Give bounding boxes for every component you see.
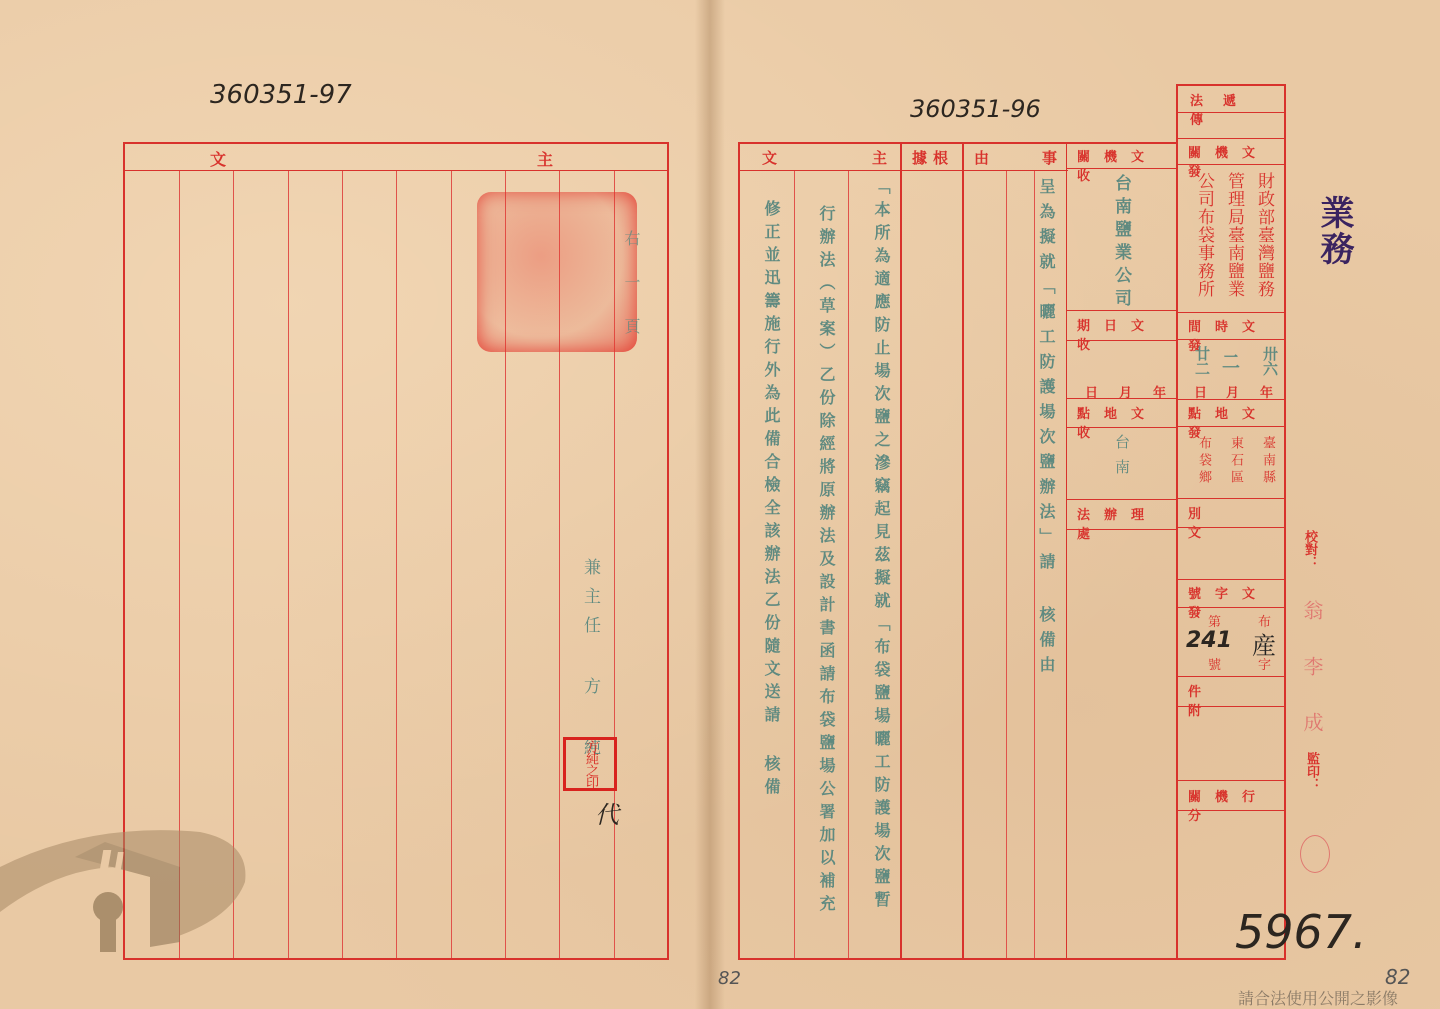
- row-rule: [1067, 529, 1177, 530]
- divider: [900, 144, 902, 958]
- send-place-line-2: 東石區: [1226, 436, 1245, 487]
- sender-line-1: 財政部臺灣鹽務: [1252, 172, 1277, 298]
- branch-header: 關機行分: [1188, 786, 1284, 824]
- doc-char-label: 字: [1258, 654, 1271, 673]
- row-rule: [1067, 168, 1177, 169]
- row-rule: [1178, 339, 1284, 340]
- receive-place-value: 台南: [1112, 434, 1133, 484]
- rule-line: [848, 171, 849, 958]
- row-rule: [1178, 706, 1284, 707]
- reason-text: 呈為擬就「曬工防護場次鹽辦法」請 核備由: [1035, 178, 1058, 698]
- recipient-value: 台南鹽業公司: [1109, 174, 1134, 312]
- sender-line-3: 公司布袋事務所: [1192, 172, 1217, 298]
- stamp-overlay-text: 右一頁: [620, 230, 643, 362]
- row-rule: [1178, 112, 1284, 113]
- signature-text: 兼主任 方 純: [578, 558, 603, 767]
- seal-text: 方純之印: [579, 740, 601, 788]
- supervisor-label: 監印：: [1302, 752, 1321, 791]
- handling-header: 法辦理處: [1077, 504, 1177, 542]
- recipient-column: 關機文收 台南鹽業公司 期日文收 日 月 年 點地文收 台南 法辦理處: [1066, 142, 1177, 960]
- rule-line: [794, 171, 795, 958]
- rule-line: [451, 171, 452, 958]
- large-red-seal: [477, 192, 637, 352]
- row-rule: [1178, 780, 1284, 781]
- row-rule: [1178, 498, 1284, 499]
- row-rule: [1178, 810, 1284, 811]
- handwritten-number: 5967.: [1235, 905, 1367, 959]
- overlay-char: 右: [622, 230, 641, 274]
- body-column-3: 修正並迅籌施行外為此備合檢全該辦法乙份隨文送請 核備: [760, 200, 783, 900]
- rule-line: [396, 171, 397, 958]
- attachment-header: 件附: [1188, 681, 1284, 719]
- proofread-label: 校對：: [1300, 530, 1319, 569]
- small-red-seal: 方純之印: [563, 737, 617, 791]
- header-right-char: 主: [537, 147, 553, 170]
- page-fold: [695, 0, 725, 1009]
- send-month: 二: [1222, 348, 1240, 374]
- receive-date-header: 期日文收: [1077, 315, 1177, 353]
- row-rule: [1067, 310, 1177, 311]
- proofreader-name: 翁李成: [1298, 600, 1327, 768]
- rule-line: [342, 171, 343, 958]
- send-place-line-1: 臺南縣: [1258, 436, 1277, 487]
- handwritten-mark: 代: [595, 795, 619, 830]
- divider: [962, 144, 964, 958]
- body-column-2: 行辦法（草案）乙份除經將原辦法及設計書函請布袋鹽場公署加以補充: [815, 205, 838, 965]
- doc-number: 241: [1186, 628, 1232, 653]
- header-left-char: 文: [210, 147, 226, 170]
- left-form-header: 文 主: [125, 144, 667, 171]
- send-place-line-3: 布袋鄉: [1194, 436, 1213, 487]
- doc-no-unit: 號: [1208, 654, 1221, 673]
- row-rule: [1178, 399, 1284, 400]
- page-number-left: 82: [718, 968, 741, 989]
- rule-line: [288, 171, 289, 958]
- overlay-char: 頁: [622, 318, 641, 362]
- usage-notice: 請合法使用公開之影像: [1238, 986, 1398, 1009]
- row-rule: [1178, 527, 1284, 528]
- send-year: 卅六: [1260, 346, 1281, 376]
- overlay-char: 一: [622, 274, 641, 318]
- row-rule: [1067, 340, 1177, 341]
- category-stamp: 業務: [1310, 195, 1359, 267]
- row-rule: [1178, 426, 1284, 427]
- row-rule: [1178, 164, 1284, 165]
- send-day: 廿二: [1192, 346, 1213, 376]
- archive-watermark-icon: [0, 812, 250, 952]
- row-rule: [1178, 607, 1284, 608]
- row-rule: [1067, 427, 1177, 428]
- row-rule: [1178, 676, 1284, 677]
- sender-line-2: 管理局臺南鹽業: [1222, 172, 1247, 298]
- header-rule: [740, 144, 1068, 171]
- sender-panel: 法遞傳 關機文發 財政部臺灣鹽務 管理局臺南鹽業 公司布袋事務所 間時文發 卅六…: [1176, 84, 1286, 960]
- row-rule: [1178, 138, 1284, 139]
- right-page-reference: 360351-96: [910, 95, 1041, 123]
- supervisor-seal: [1300, 835, 1330, 873]
- body-column-1: 「本所為適應防止場次鹽之滲竊起見茲擬就「布袋鹽場曬工防護場次鹽暫: [870, 178, 893, 968]
- row-rule: [1067, 499, 1177, 500]
- row-rule: [1178, 312, 1284, 313]
- left-page-reference: 360351-97: [210, 80, 352, 110]
- row-rule: [1178, 579, 1284, 580]
- doc-type-header: 別文: [1188, 503, 1284, 541]
- transmission-header: 法遞傳: [1190, 90, 1284, 128]
- row-rule: [1067, 398, 1177, 399]
- rule-line: [1006, 171, 1007, 958]
